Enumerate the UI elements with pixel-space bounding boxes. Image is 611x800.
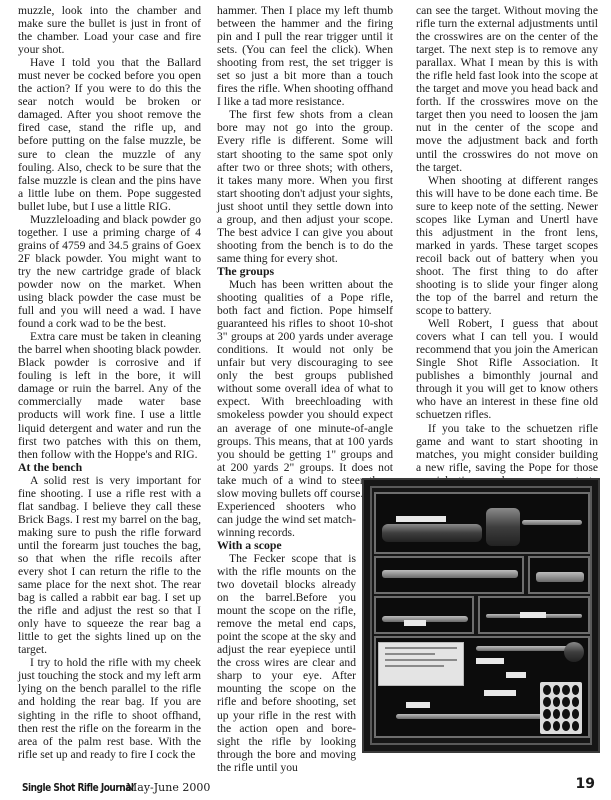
- photo-compartment-bottom: [374, 636, 590, 738]
- section-heading-the-groups: The groups: [217, 265, 393, 278]
- paragraph: Much has been written about the shooting…: [217, 278, 393, 500]
- paragraph: When shooting at different ranges this w…: [416, 174, 598, 318]
- section-heading-with-a-scope: With a scope: [217, 539, 356, 552]
- column-3: can see the target. Without moving the r…: [416, 4, 598, 513]
- paragraph: muzzle, look into the chamber and make s…: [18, 4, 201, 56]
- photo-handle-icon: [564, 642, 584, 662]
- photo-die-icon: [536, 572, 584, 582]
- photo-bullet-box-icon: [378, 642, 464, 686]
- photo-label: [406, 702, 430, 708]
- photo-label: [520, 612, 546, 618]
- narrow-text-beside-photo: Experienced shooters who can judge the w…: [217, 500, 356, 774]
- section-heading-at-the-bench: At the bench: [18, 461, 201, 474]
- photo-cartridge-block-icon: [540, 682, 582, 734]
- paragraph: can see the target. Without moving the r…: [416, 4, 598, 174]
- paragraph: Have I told you that the Ballard must ne…: [18, 56, 201, 213]
- photo-compartment-die: [528, 556, 590, 594]
- photo-rod-icon: [522, 520, 582, 525]
- photo-compartment-seater: [374, 596, 474, 634]
- paragraph: hammer. Then I place my left thumb betwe…: [217, 4, 393, 108]
- photo-rod-icon: [396, 714, 546, 719]
- paragraph: Muzzleloading and black powder go togeth…: [18, 213, 201, 330]
- paragraph: The first few shots from a clean bore ma…: [217, 108, 393, 265]
- journal-name: Single Shot Rifle Journal: [22, 781, 102, 794]
- page-number: 19: [576, 776, 595, 792]
- photo-scope-tube-icon: [382, 524, 482, 542]
- issue-date: May-June 2000: [126, 781, 210, 794]
- photo-label: [396, 516, 446, 522]
- rifle-accessory-case-photo: [362, 478, 600, 753]
- column-1: muzzle, look into the chamber and make s…: [18, 4, 201, 761]
- photo-compartment-tongs: [374, 556, 524, 594]
- photo-compartment-scope: [374, 492, 590, 554]
- photo-label: [476, 658, 504, 664]
- paragraph: A solid rest is very important for fine …: [18, 474, 201, 657]
- photo-cleaning-rod-icon: [476, 646, 568, 651]
- page-footer: Single Shot Rifle JournalMay-June 2000: [22, 780, 210, 795]
- photo-label: [506, 672, 526, 678]
- paragraph: Extra care must be taken in cleaning the…: [18, 330, 201, 460]
- photo-scope-mount-icon: [486, 508, 520, 546]
- photo-label: [404, 620, 426, 626]
- photo-tongs-icon: [382, 570, 518, 578]
- photo-label: [484, 690, 516, 696]
- paragraph: Experienced shooters who can judge the w…: [217, 500, 356, 539]
- paragraph: The Fecker scope that is with the rifle …: [217, 552, 356, 774]
- paragraph: I try to hold the rifle with my cheek ju…: [18, 656, 201, 760]
- paragraph: Well Robert, I guess that about covers w…: [416, 317, 598, 421]
- photo-compartment-calipers: [478, 596, 590, 634]
